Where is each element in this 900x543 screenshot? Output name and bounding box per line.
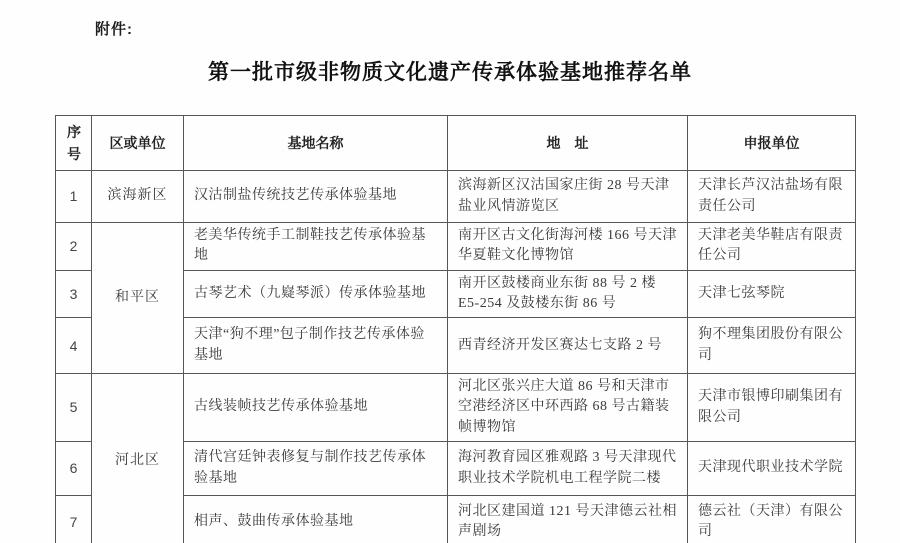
- cell-address: 南开区古文化街海河楼 166 号天津华夏鞋文化博物馆: [448, 223, 688, 271]
- cell-row-number: 5: [56, 374, 92, 442]
- cell-row-number: 2: [56, 223, 92, 271]
- cell-row-number: 3: [56, 270, 92, 318]
- cell-base-name: 相声、鼓曲传承体验基地: [184, 496, 448, 543]
- cell-applicant: 天津老美华鞋店有限责任公司: [688, 223, 856, 271]
- cell-row-number: 6: [56, 442, 92, 496]
- cell-base-name: 古线装帧技艺传承体验基地: [184, 374, 448, 442]
- col-header-index: 序号: [56, 116, 92, 171]
- cell-base-name: 汉沽制盐传统技艺传承体验基地: [184, 171, 448, 223]
- col-header-base-name: 基地名称: [184, 116, 448, 171]
- cell-address: 河北区建国道 121 号天津德云社相声剧场: [448, 496, 688, 543]
- cell-address: 海河教育园区雅观路 3 号天津现代职业技术学院机电工程学院二楼: [448, 442, 688, 496]
- cell-applicant: 德云社（天津）有限公司: [688, 496, 856, 543]
- cell-address: 西青经济开发区赛达七支路 2 号: [448, 318, 688, 374]
- cell-base-name: 老美华传统手工制鞋技艺传承体验基地: [184, 223, 448, 271]
- recommendation-table: 序号 区或单位 基地名称 地 址 申报单位 1 滨海新区 汉沽制盐传统技艺传承体…: [55, 115, 856, 543]
- cell-row-number: 4: [56, 318, 92, 374]
- attachment-label: 附件:: [95, 18, 133, 39]
- cell-base-name: 古琴艺术（九嶷琴派）传承体验基地: [184, 270, 448, 318]
- cell-base-name: 天津“狗不理”包子制作技艺传承体验基地: [184, 318, 448, 374]
- cell-applicant: 天津市银博印刷集团有限公司: [688, 374, 856, 442]
- col-header-district: 区或单位: [92, 116, 184, 171]
- cell-applicant: 天津七弦琴院: [688, 270, 856, 318]
- cell-base-name: 清代宫廷钟表修复与制作技艺传承体验基地: [184, 442, 448, 496]
- document-title: 第一批市级非物质文化遗产传承体验基地推荐名单: [0, 56, 900, 86]
- document-page: 附件: 第一批市级非物质文化遗产传承体验基地推荐名单 序号 区或单位 基地名称 …: [0, 0, 900, 543]
- col-header-applicant: 申报单位: [688, 116, 856, 171]
- cell-district-binhai: 滨海新区: [92, 171, 184, 223]
- cell-address: 南开区鼓楼商业东街 88 号 2 楼 E5-254 及鼓楼东街 86 号: [448, 270, 688, 318]
- table-header-row: 序号 区或单位 基地名称 地 址 申报单位: [56, 116, 856, 171]
- cell-address: 滨海新区汉沽国家庄街 28 号天津盐业风情游览区: [448, 171, 688, 223]
- table-row: 2 和平区 老美华传统手工制鞋技艺传承体验基地 南开区古文化街海河楼 166 号…: [56, 223, 856, 271]
- cell-address: 河北区张兴庄大道 86 号和天津市空港经济区中环西路 68 号古籍装帧博物馆: [448, 374, 688, 442]
- table-row: 1 滨海新区 汉沽制盐传统技艺传承体验基地 滨海新区汉沽国家庄街 28 号天津盐…: [56, 171, 856, 223]
- cell-row-number: 7: [56, 496, 92, 543]
- cell-row-number: 1: [56, 171, 92, 223]
- table-row: 5 河北区 古线装帧技艺传承体验基地 河北区张兴庄大道 86 号和天津市空港经济…: [56, 374, 856, 442]
- col-header-address: 地 址: [448, 116, 688, 171]
- cell-applicant: 狗不理集团股份有限公司: [688, 318, 856, 374]
- cell-applicant: 天津现代职业技术学院: [688, 442, 856, 496]
- cell-district-heping: 和平区: [92, 223, 184, 374]
- cell-district-hebei: 河北区: [92, 374, 184, 543]
- cell-applicant: 天津长芦汉沽盐场有限责任公司: [688, 171, 856, 223]
